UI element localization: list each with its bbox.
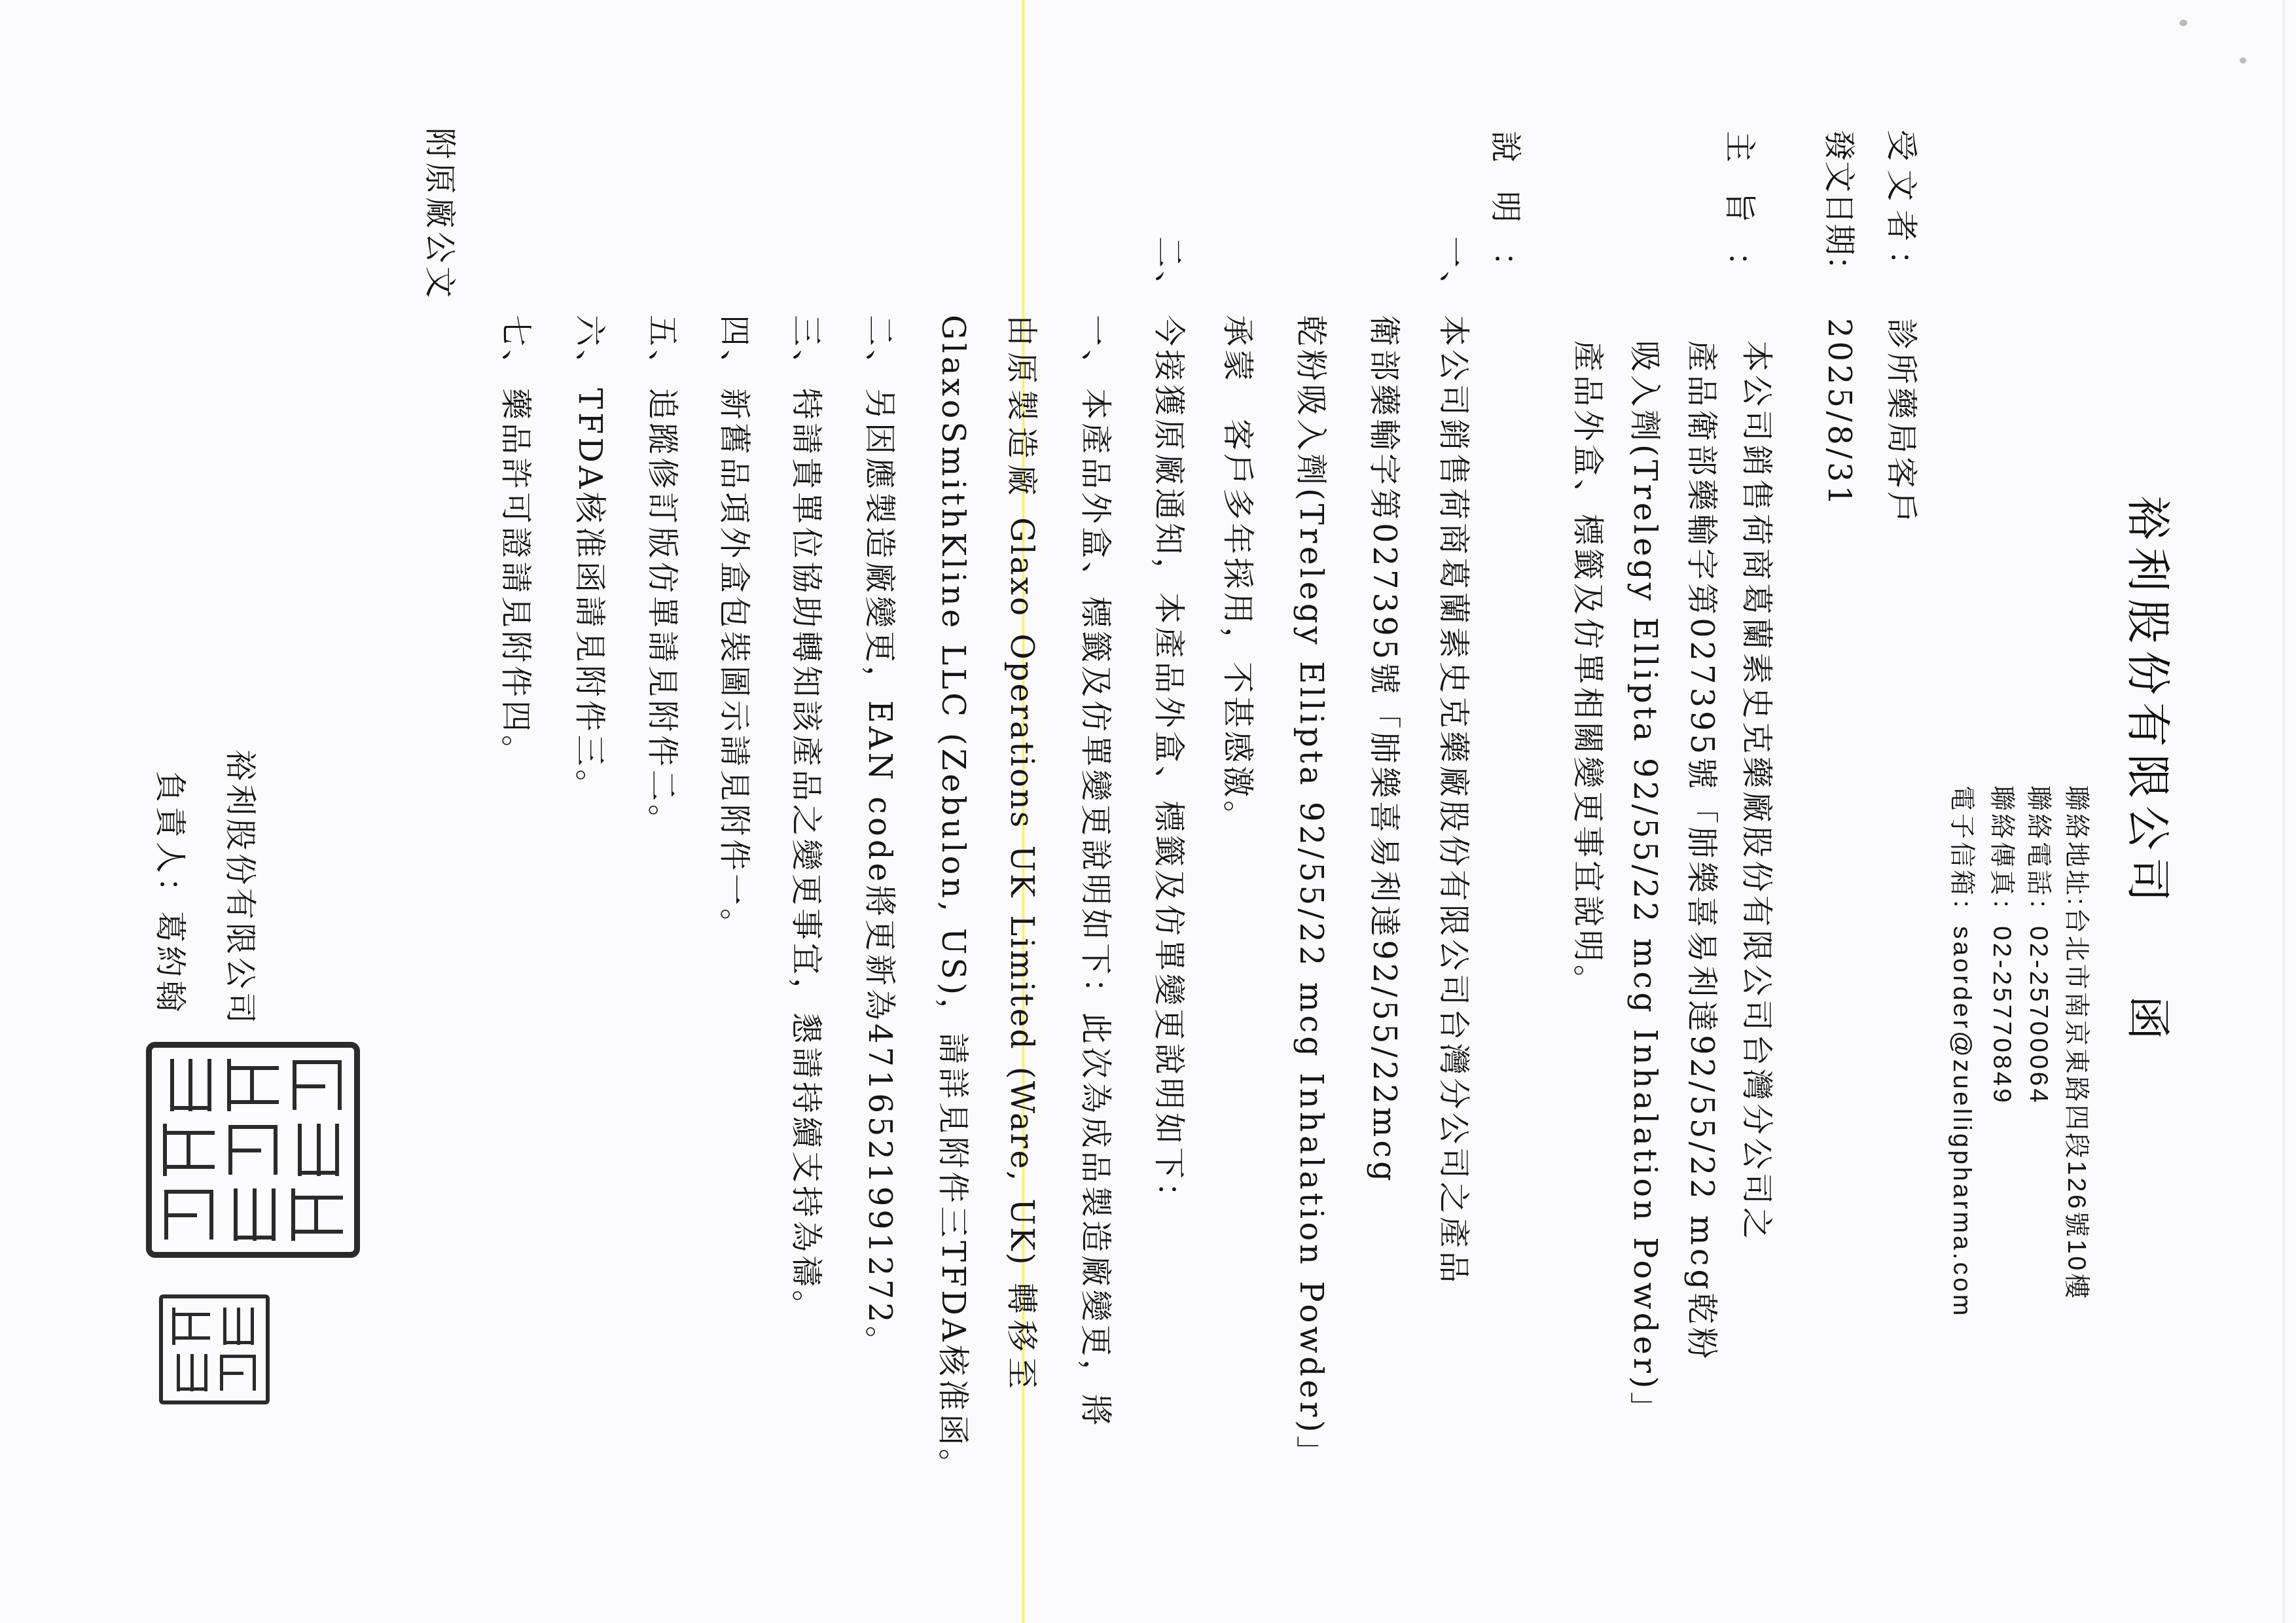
representative-seal — [159, 1294, 270, 1404]
subitem-line: GlaxoSmithKline LLC (Zebulon, US)，請詳見附件三… — [933, 315, 973, 1483]
explanation-label: 說明： — [1486, 131, 1525, 283]
subitem-line: 特請貴單位協助轉知該產品之變更事宜，懇請持續支持為禱。 — [787, 388, 826, 1325]
seal-glyph — [287, 1185, 346, 1244]
seal-glyph — [170, 1305, 213, 1347]
company-seal — [146, 1042, 360, 1258]
item-line: 衛部藥輸字第027395號「肺樂喜易利達92/55/22mcg — [1365, 315, 1404, 1185]
date-value: 2025/8/31 — [1820, 318, 1859, 508]
subitem-line: 另因應製造廠變更，EAN code將更新為4716521991272。 — [860, 388, 899, 1361]
subitem-marker: 二、 — [860, 315, 899, 384]
seal-glyph — [170, 1351, 213, 1394]
company-name-title: 裕利股份有限公司 — [2119, 495, 2174, 909]
contact-email-label: 電子信箱： — [1948, 785, 1976, 926]
item-line: 乾粉吸入劑(Trelegy Ellipta 92/55/22 mcg Inhal… — [1291, 315, 1331, 1470]
subitem-marker: 一、 — [1076, 315, 1115, 384]
subitem-line-justified: 由原製造廠 Glaxo Operations UK Limited (Ware,… — [1002, 315, 1041, 1391]
seal-glyph — [160, 1056, 219, 1115]
seal-glyph — [224, 1056, 283, 1115]
item-line: 本公司銷售荷商葛蘭素史克藥廠股份有限公司台灣分公司之產品 — [1434, 315, 1473, 1286]
contact-fax-label: 聯絡傳真： — [1988, 785, 2016, 926]
subject-line: 吸入劑(Trelegy Ellipta 92/55/22 mcg Inhalat… — [1625, 340, 1664, 1426]
subject-label: 主旨： — [1720, 131, 1759, 283]
recipient-label: 受文者： — [1882, 130, 1921, 281]
contact-phone: 聯絡電話：02-25700064 — [2022, 785, 2054, 1105]
representative-name: 葛約翰 — [151, 911, 190, 1015]
representative-label: 負責人： — [151, 771, 190, 908]
contact-email-value: saorder@zuelligpharma.com — [1948, 926, 1976, 1318]
subitem-line: 藥品許可證請見附件四。 — [496, 388, 535, 770]
official-letter-page: 裕利股份有限公司 函 聯絡地址:台北市南京東路四段126號10樓 聯絡電話：02… — [0, 0, 2296, 1623]
item-line: 承蒙 客戶多年採用，不甚感激。 — [1218, 315, 1257, 835]
item-marker: 二、 — [1149, 236, 1189, 306]
item-marker: 一、 — [1434, 236, 1473, 306]
contact-address-label: 聯絡地址: — [2062, 785, 2090, 908]
contact-phone-label: 聯絡電話： — [2024, 785, 2053, 926]
contact-phone-value: 02-25700064 — [2024, 926, 2053, 1105]
seal-glyph — [160, 1185, 219, 1244]
subject-line: 產品外盒、標籤及仿單相關變更事宜說明。 — [1568, 340, 1607, 999]
document-type-title: 函 — [2119, 995, 2174, 1047]
seal-glyph — [160, 1120, 219, 1180]
recipient-value: 診所藥局客戶 — [1882, 318, 1921, 526]
subitem-line: 新舊品項外盒包裝圖示請見附件一。 — [715, 388, 754, 943]
contact-address: 聯絡地址:台北市南京東路四段126號10樓 — [2060, 785, 2092, 1301]
subitem-line: TFDA核准函請見附件三。 — [570, 388, 609, 804]
subitem-marker: 三、 — [787, 315, 826, 384]
subitem-marker: 五、 — [643, 315, 682, 384]
subitem-line: 由原製造廠 Glaxo Operations UK Limited (Ware,… — [1002, 315, 1041, 1391]
contact-fax-value: 02-25770849 — [1988, 926, 2016, 1105]
contact-address-value: 台北市南京東路四段126號10樓 — [2062, 908, 2090, 1301]
subitem-line: 追蹤修訂版仿單請見附件二。 — [643, 388, 682, 839]
seal-glyph — [224, 1120, 283, 1180]
item-line: 今接獲原廠通知，本產品外盒、標籤及仿單變更說明如下： — [1149, 315, 1189, 1217]
seal-glyph — [217, 1305, 260, 1347]
seal-glyph — [287, 1120, 346, 1180]
subitem-marker: 七、 — [496, 315, 535, 384]
seal-glyph — [224, 1185, 283, 1244]
subitem-marker: 四、 — [715, 315, 754, 384]
date-label: 發文日期： — [1820, 130, 1859, 281]
subitem-line: 本產品外盒、標籤及仿單變更說明如下：此次為成品製造廠變更，將 — [1076, 388, 1115, 1429]
signature-company: 裕利股份有限公司 — [221, 749, 260, 1027]
seal-glyph — [217, 1351, 260, 1394]
contact-email: 電子信箱：saorder@zuelligpharma.com — [1945, 785, 1978, 1318]
subitem-marker: 六、 — [570, 315, 609, 384]
attachment-note: 附原廠公文 — [420, 128, 459, 301]
subject-line: 本公司銷售荷商葛蘭素史克藥廠股份有限公司台灣分公司之 — [1737, 340, 1776, 1242]
seal-glyph — [287, 1056, 346, 1115]
contact-fax: 聯絡傳真：02-25770849 — [1985, 785, 2018, 1105]
subject-line: 產品衛部藥輸字第027395號「肺樂喜易利達92/55/22 mcg乾粉 — [1682, 340, 1721, 1362]
